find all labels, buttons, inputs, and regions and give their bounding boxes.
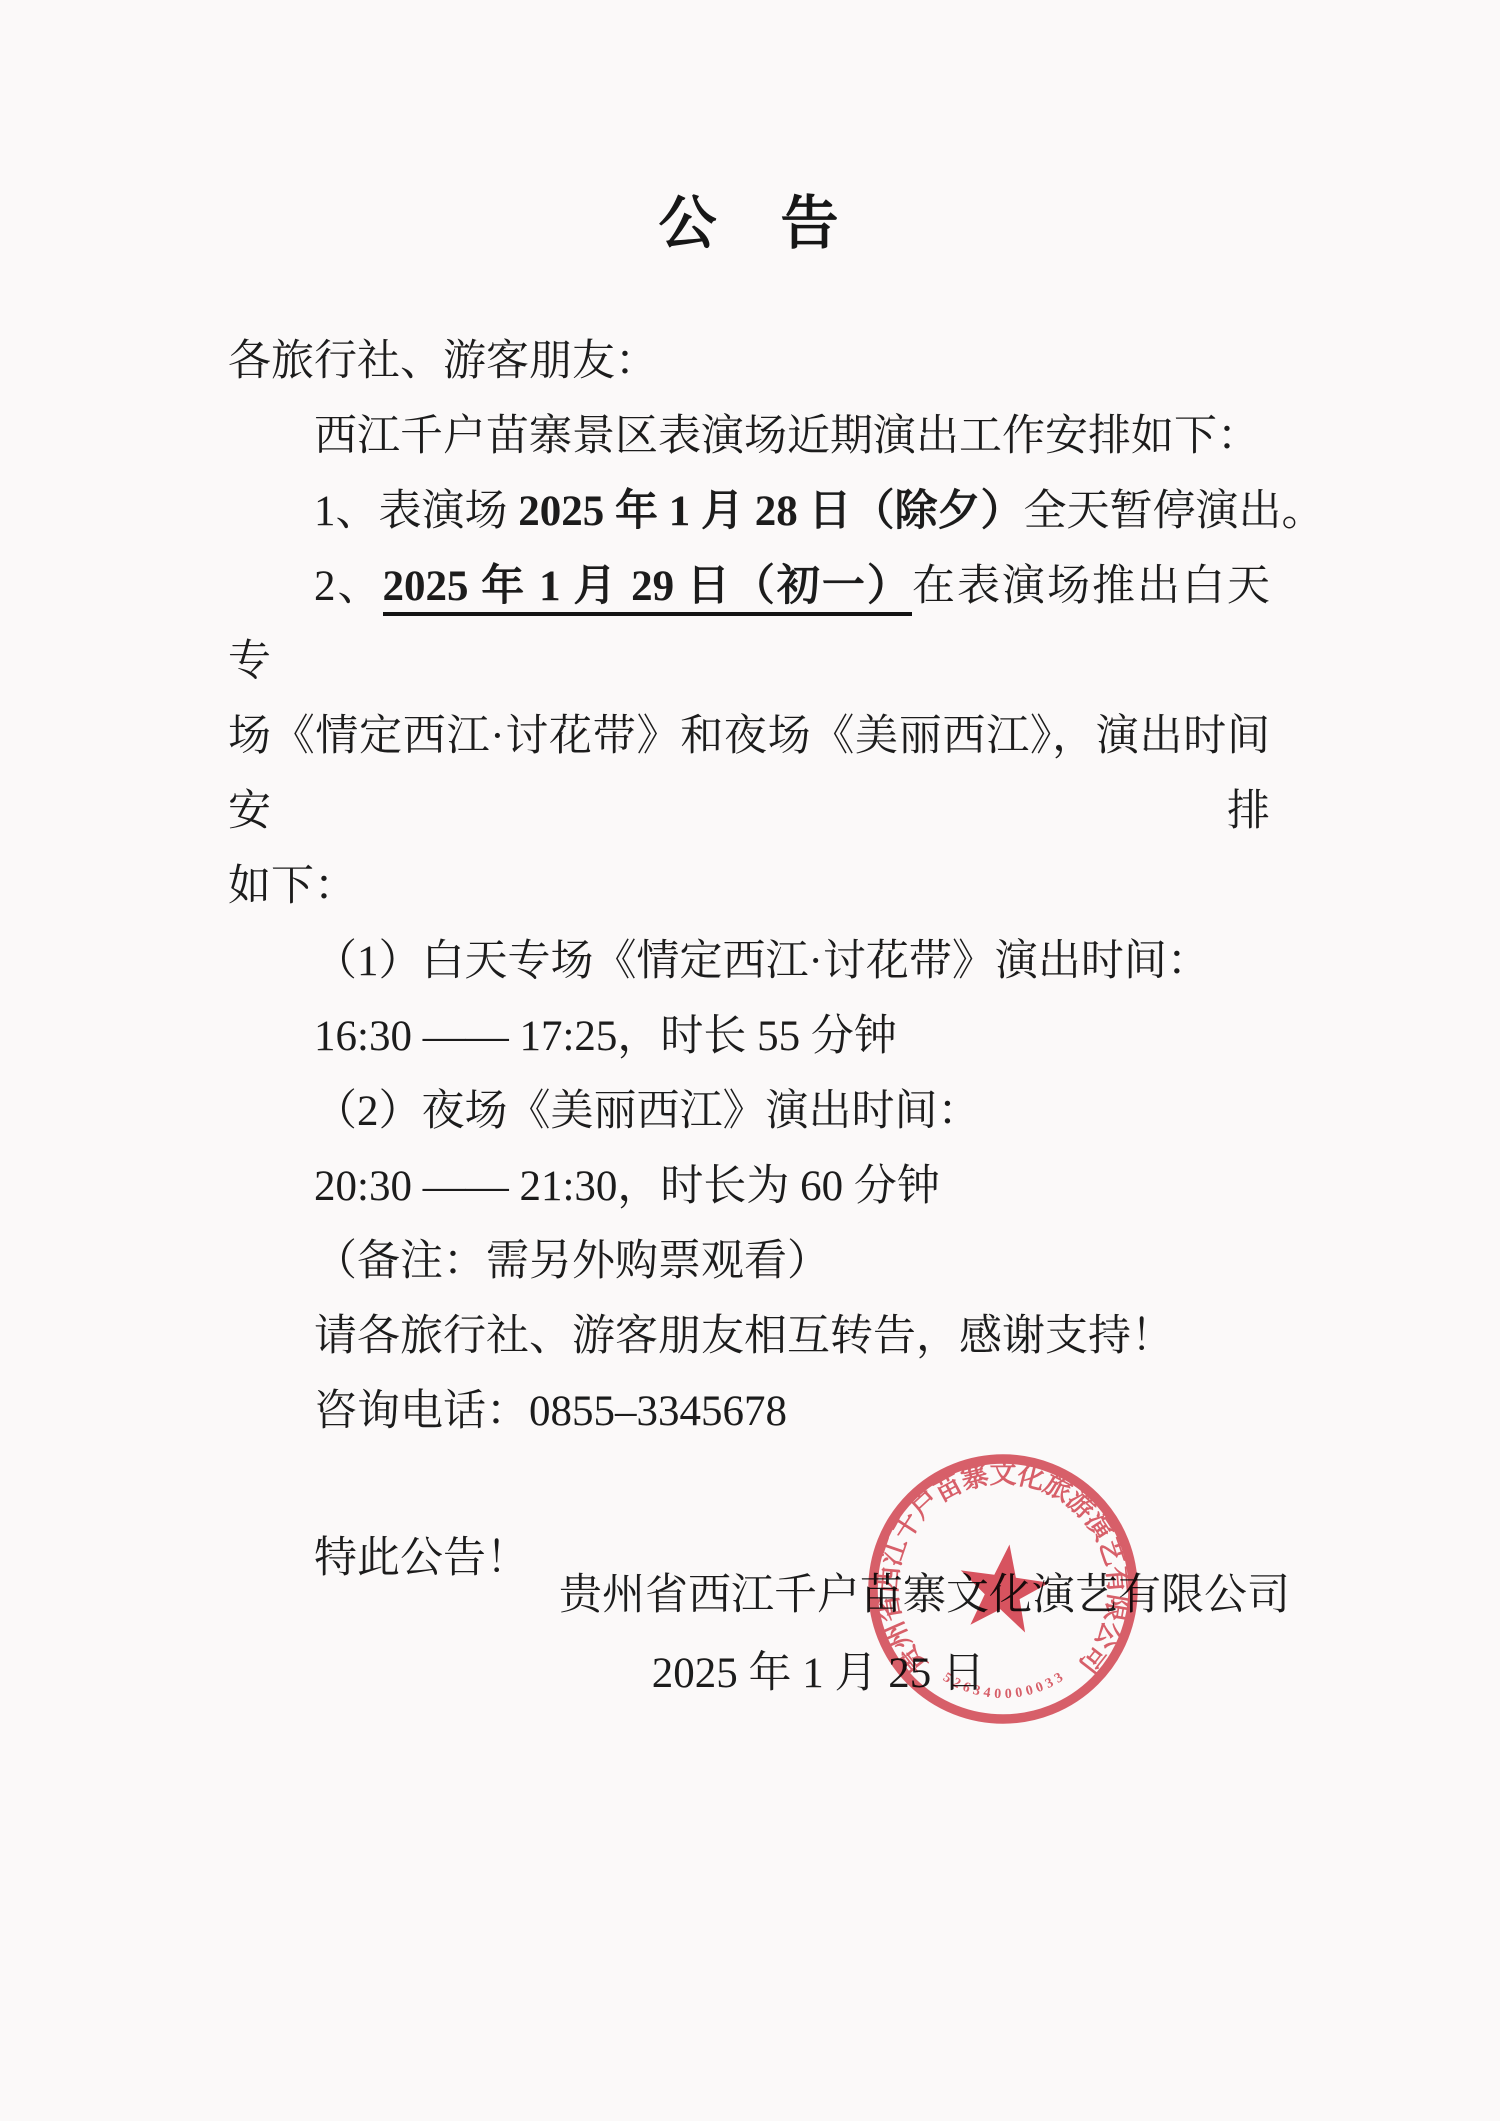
signature-company-name: 贵州省西江千户苗寨文化演艺有限公司 xyxy=(559,1566,1290,1626)
svg-text:3: 3 xyxy=(1052,1670,1066,1686)
body-text-segment: （1）白天专场《情定西江·讨花带》演出时间： xyxy=(314,938,1210,985)
body-line-thanks: 请各旅行社、游客朋友相互转告，感谢支持！ xyxy=(228,1299,1270,1374)
body-text-segment: 西江千户苗寨景区表演场近期演出工作安排如下： xyxy=(314,413,1260,460)
body-line-show2-time: 20:30 —— 21:30，时长为 60 分钟 xyxy=(228,1149,1270,1224)
signature-date: 2025 年 1 月 25 日 xyxy=(652,1644,985,1704)
notice-title: 公 告 xyxy=(0,176,1500,260)
svg-text:0: 0 xyxy=(1024,1683,1035,1699)
body-text-segment: （备注：需另外购票观看） xyxy=(314,1238,830,1285)
body-line-show1-time: 16:30 —— 17:25，时长 55 分钟 xyxy=(228,999,1270,1074)
body-text-segment: 咨询电话：0855–3345678 xyxy=(314,1388,787,1435)
body-line-show2-title: （2）夜场《美丽西江》演出时间： xyxy=(228,1074,1270,1149)
body-line-item1: 1、表演场 2025 年 1 月 28 日（除夕）全天暂停演出。 xyxy=(228,474,1270,549)
body-line-remark: （备注：需另外购票观看） xyxy=(228,1224,1270,1299)
body-text-segment: （2）夜场《美丽西江》演出时间： xyxy=(314,1088,981,1135)
svg-text:0: 0 xyxy=(994,1687,1002,1702)
body-text-segment: 如下： xyxy=(228,863,357,910)
body-text-segment: 请各旅行社、游客朋友相互转告，感谢支持！ xyxy=(314,1313,1174,1360)
notice-body: 各旅行社、游客朋友： 西江千户苗寨景区表演场近期演出工作安排如下： 1、表演场 … xyxy=(228,324,1270,1596)
body-text-segment: 1、表演场 xyxy=(314,488,518,535)
body-text-segment: 场《情定西江·讨花带》和夜场《美丽西江》，演出时间安排 xyxy=(228,713,1270,835)
body-text-segment: 2、 xyxy=(314,563,383,610)
body-line-phone: 咨询电话：0855–3345678 xyxy=(228,1374,1270,1449)
bold-date-item1: 2025 年 1 月 28 日（除夕） xyxy=(518,488,1023,535)
body-text-segment: 各旅行社、游客朋友： xyxy=(228,338,658,385)
body-text-segment: 16:30 —— 17:25，时长 55 分钟 xyxy=(314,1013,897,1060)
body-line-show1-title: （1）白天专场《情定西江·讨花带》演出时间： xyxy=(228,924,1270,999)
svg-text:0: 0 xyxy=(1014,1685,1023,1701)
svg-text:0: 0 xyxy=(1034,1680,1046,1696)
body-line-item2-end: 如下： xyxy=(228,849,1270,924)
body-text-segment: 全天暂停演出。 xyxy=(1024,488,1325,535)
svg-text:0: 0 xyxy=(1004,1687,1012,1702)
blank-line xyxy=(228,1449,1270,1521)
svg-text:司: 司 xyxy=(1073,1640,1113,1680)
body-text-segment: 20:30 —— 21:30，时长为 60 分钟 xyxy=(314,1163,940,1210)
body-line-item2: 2、2025 年 1 月 29 日（初一）在表演场推出白天专 xyxy=(228,549,1270,699)
body-line-intro: 西江千户苗寨景区表演场近期演出工作安排如下： xyxy=(228,399,1270,474)
svg-text:3: 3 xyxy=(1043,1675,1056,1692)
body-line-item2-cont: 场《情定西江·讨花带》和夜场《美丽西江》，演出时间安排 xyxy=(228,699,1270,849)
body-text-segment: 特此公告！ xyxy=(314,1535,529,1582)
body-line-salutation: 各旅行社、游客朋友： xyxy=(228,324,1270,399)
bold-underlined-date-item2: 2025 年 1 月 29 日（初一） xyxy=(383,563,912,616)
